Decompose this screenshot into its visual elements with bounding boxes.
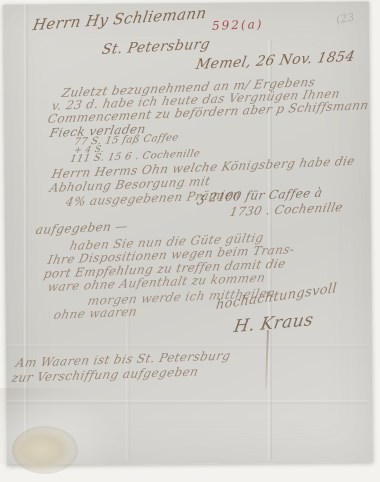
seal-residue: [12, 426, 78, 474]
archive-number-stamp: 592(a): [212, 17, 264, 33]
paper-crease: [6, 344, 368, 348]
photo-of-letter: 592(a) (23 Herrn Hy Schliemann St. Peter…: [0, 0, 380, 482]
body-line: ohne waaren: [53, 305, 139, 321]
